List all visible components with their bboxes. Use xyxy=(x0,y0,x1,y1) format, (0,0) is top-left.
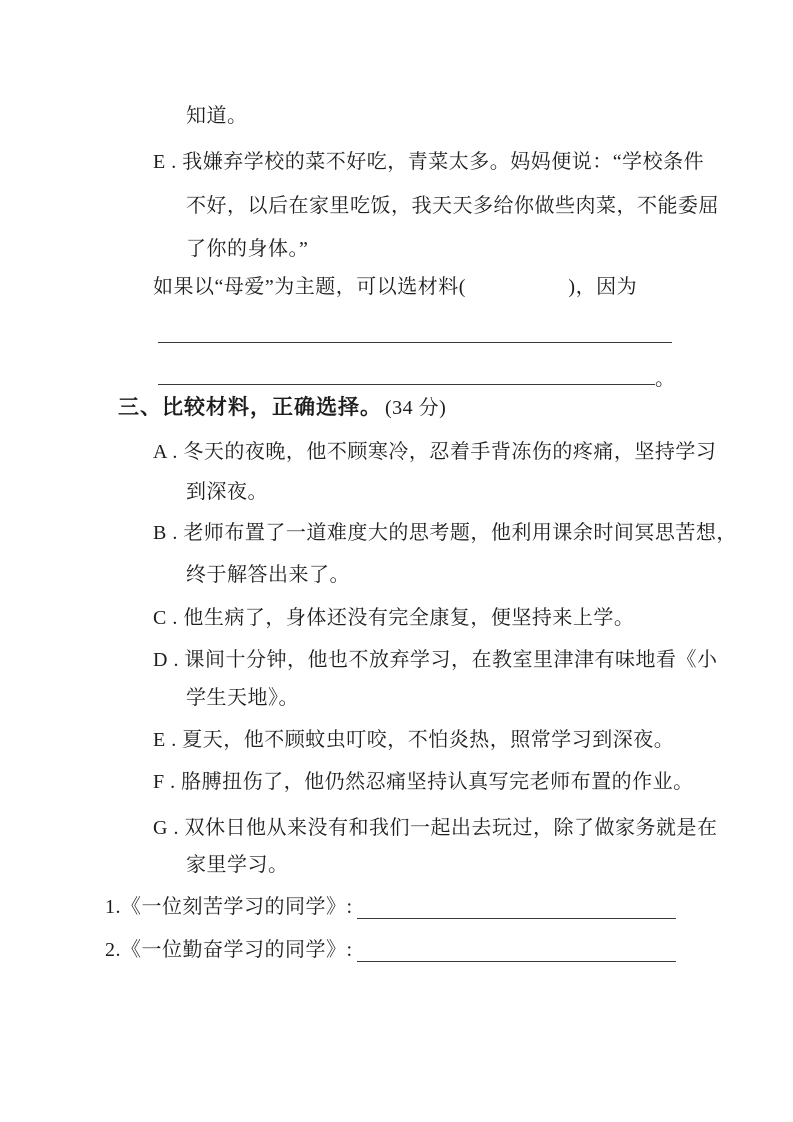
period-mark: 。 xyxy=(655,368,676,390)
option-c-line-1: C . 他生病了，身体还没有完全康复，便坚持来上学。 xyxy=(153,597,634,639)
option-g-line-1: G . 双休日他从来没有和我们一起出去玩过，除了做家务就是在 xyxy=(153,807,717,849)
answer-blank-line-1 xyxy=(158,312,672,354)
option-b-line-1: B . 老师布置了一道难度大的思考题，他利用课余时间冥思苦想， xyxy=(153,512,737,554)
option-f-line-1: F . 胳膊扭伤了，他仍然忍痛坚持认真写完老师布置的作业。 xyxy=(153,761,694,803)
option-g-line-2: 家里学习。 xyxy=(186,844,289,886)
section2-carryover-line: 知道。 xyxy=(186,95,248,137)
material-e-line-1: E . 我嫌弃学校的菜不好吃，青菜太多。妈妈便说：“学校条件 xyxy=(153,141,704,183)
section3-heading-text: 三、比较材料，正确选择。 xyxy=(118,395,382,419)
question-1-blank xyxy=(357,886,676,919)
option-d-line-2: 学生天地》。 xyxy=(186,677,299,719)
option-a-line-2: 到深夜。 xyxy=(186,471,268,513)
option-d-line-1: D . 课间十分钟，他也不放弃学习，在教室里津津有味地看《小 xyxy=(153,639,717,681)
question-stem: 如果以“母爱”为主题，可以选材料( )，因为 xyxy=(153,266,637,308)
question-1: 1.《一位刻苦学习的同学》: xyxy=(105,886,676,928)
question-2: 2.《一位勤奋学习的同学》: xyxy=(105,929,676,971)
option-b-line-2: 终于解答出来了。 xyxy=(186,554,350,596)
option-a-line-1: A . 冬天的夜晚，他不顾寒冷，忍着手背冻伤的疼痛，坚持学习 xyxy=(153,431,716,473)
answer-rule-2 xyxy=(158,354,655,385)
question-1-label: 1.《一位刻苦学习的同学》: xyxy=(105,886,353,928)
answer-rule-1 xyxy=(158,312,672,343)
question-2-blank xyxy=(357,929,676,962)
worksheet-page: 知道。 E . 我嫌弃学校的菜不好吃，青菜太多。妈妈便说：“学校条件 不好，以后… xyxy=(0,0,793,1122)
material-e-line-3: 了你的身体。” xyxy=(186,228,308,270)
question-2-label: 2.《一位勤奋学习的同学》: xyxy=(105,929,353,971)
material-e-line-2: 不好，以后在家里吃饭，我天天多给你做些肉菜，不能委屈 xyxy=(186,185,719,227)
option-e-line-1: E . 夏天，他不顾蚊虫叮咬，不怕炎热，照常学习到深夜。 xyxy=(153,719,674,761)
section3-score: (34 分) xyxy=(385,397,446,419)
section3-heading: 三、比较材料，正确选择。(34 分) xyxy=(118,386,446,428)
